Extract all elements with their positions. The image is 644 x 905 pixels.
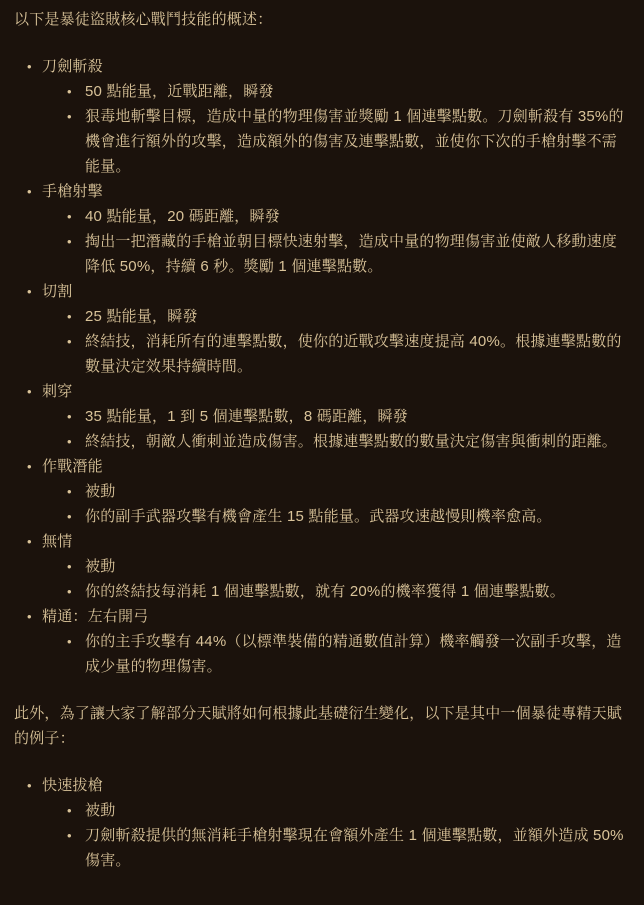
skill-detail: 35 點能量，1 到 5 個連擊點數，8 碼距離，瞬發 (85, 404, 630, 429)
skill-item-run-through: 刺穿 35 點能量，1 到 5 個連擊點數，8 碼距離，瞬發 終結技，朝敵人衝刺… (42, 379, 630, 454)
skill-detail: 40 點能量，20 碼距離，瞬發 (85, 204, 630, 229)
skill-detail: 25 點能量，瞬發 (85, 304, 630, 329)
intro-paragraph: 以下是暴徒盜賊核心戰鬥技能的概述： (14, 7, 630, 32)
skill-detail: 終結技，朝敵人衝刺並造成傷害。根據連擊點數的數量決定傷害與衝刺的距離。 (85, 429, 630, 454)
skill-detail: 50 點能量，近戰距離，瞬發 (85, 79, 630, 104)
skill-name: 切割 (42, 283, 72, 300)
skill-detail: 狠毒地斬擊目標，造成中量的物理傷害並獎勵 1 個連擊點數。刀劍斬殺有 35%的機… (85, 104, 630, 179)
skill-item-mastery: 精通：左右開弓 你的主手攻擊有 44%（以標準裝備的精通數值計算）機率觸發一次副… (42, 604, 630, 679)
skills-list: 刀劍斬殺 50 點能量，近戰距離，瞬發 狠毒地斬擊目標，造成中量的物理傷害並獎勵… (14, 54, 630, 679)
skill-item-ruthlessness: 無情 被動 你的終結技每消耗 1 個連擊點數，就有 20%的機率獲得 1 個連擊… (42, 529, 630, 604)
skill-details: 35 點能量，1 到 5 個連擊點數，8 碼距離，瞬發 終結技，朝敵人衝刺並造成… (42, 404, 630, 454)
skill-details: 被動 你的副手武器攻擊有機會產生 15 點能量。武器攻速越慢則機率愈高。 (42, 479, 630, 529)
skill-item-combat-potency: 作戰潛能 被動 你的副手武器攻擊有機會產生 15 點能量。武器攻速越慢則機率愈高… (42, 454, 630, 529)
skill-name: 刺穿 (42, 383, 72, 400)
skill-details: 你的主手攻擊有 44%（以標準裝備的精通數值計算）機率觸發一次副手攻擊，造成少量… (42, 629, 630, 679)
skill-name: 作戰潛能 (42, 458, 103, 475)
skill-item-slice-and-dice: 切割 25 點能量，瞬發 終結技，消耗所有的連擊點數，使你的近戰攻擊速度提高 4… (42, 279, 630, 379)
skill-details: 25 點能量，瞬發 終結技，消耗所有的連擊點數，使你的近戰攻擊速度提高 40%。… (42, 304, 630, 379)
skill-detail: 終結技，消耗所有的連擊點數，使你的近戰攻擊速度提高 40%。根據連擊點數的數量決… (85, 329, 630, 379)
skill-detail: 你的副手武器攻擊有機會產生 15 點能量。武器攻速越慢則機率愈高。 (85, 504, 630, 529)
skill-name: 手槍射擊 (42, 183, 103, 200)
talent-name: 快速拔槍 (42, 777, 103, 794)
skill-name: 精通：左右開弓 (42, 608, 148, 625)
skill-details: 50 點能量，近戰距離，瞬發 狠毒地斬擊目標，造成中量的物理傷害並獎勵 1 個連… (42, 79, 630, 179)
skill-name: 刀劍斬殺 (42, 58, 103, 75)
skill-name: 無情 (42, 533, 72, 550)
skill-detail: 被動 (85, 479, 630, 504)
talent-list: 快速拔槍 被動 刀劍斬殺提供的無消耗手槍射擊現在會額外產生 1 個連擊點數，並額… (14, 773, 630, 873)
skill-item-pistol-shot: 手槍射擊 40 點能量，20 碼距離，瞬發 掏出一把潛藏的手槍並朝目標快速射擊，… (42, 179, 630, 279)
skill-detail: 被動 (85, 554, 630, 579)
skill-detail: 你的主手攻擊有 44%（以標準裝備的精通數值計算）機率觸發一次副手攻擊，造成少量… (85, 629, 630, 679)
talent-details: 被動 刀劍斬殺提供的無消耗手槍射擊現在會額外產生 1 個連擊點數，並額外造成 5… (42, 798, 630, 873)
skill-detail: 掏出一把潛藏的手槍並朝目標快速射擊，造成中量的物理傷害並使敵人移動速度降低 50… (85, 229, 630, 279)
talent-detail: 刀劍斬殺提供的無消耗手槍射擊現在會額外產生 1 個連擊點數，並額外造成 50%傷… (85, 823, 630, 873)
skill-detail: 你的終結技每消耗 1 個連擊點數，就有 20%的機率獲得 1 個連擊點數。 (85, 579, 630, 604)
skill-item-saber-slash: 刀劍斬殺 50 點能量，近戰距離，瞬發 狠毒地斬擊目標，造成中量的物理傷害並獎勵… (42, 54, 630, 179)
skill-details: 被動 你的終結技每消耗 1 個連擊點數，就有 20%的機率獲得 1 個連擊點數。 (42, 554, 630, 604)
talent-intro-paragraph: 此外，為了讓大家了解部分天賦將如何根據此基礎衍生變化，以下是其中一個暴徒專精天賦… (14, 701, 630, 751)
skill-details: 40 點能量，20 碼距離，瞬發 掏出一把潛藏的手槍並朝目標快速射擊，造成中量的… (42, 204, 630, 279)
article-body: 以下是暴徒盜賊核心戰鬥技能的概述： 刀劍斬殺 50 點能量，近戰距離，瞬發 狠毒… (0, 0, 644, 905)
talent-item-quick-draw: 快速拔槍 被動 刀劍斬殺提供的無消耗手槍射擊現在會額外產生 1 個連擊點數，並額… (42, 773, 630, 873)
talent-detail: 被動 (85, 798, 630, 823)
